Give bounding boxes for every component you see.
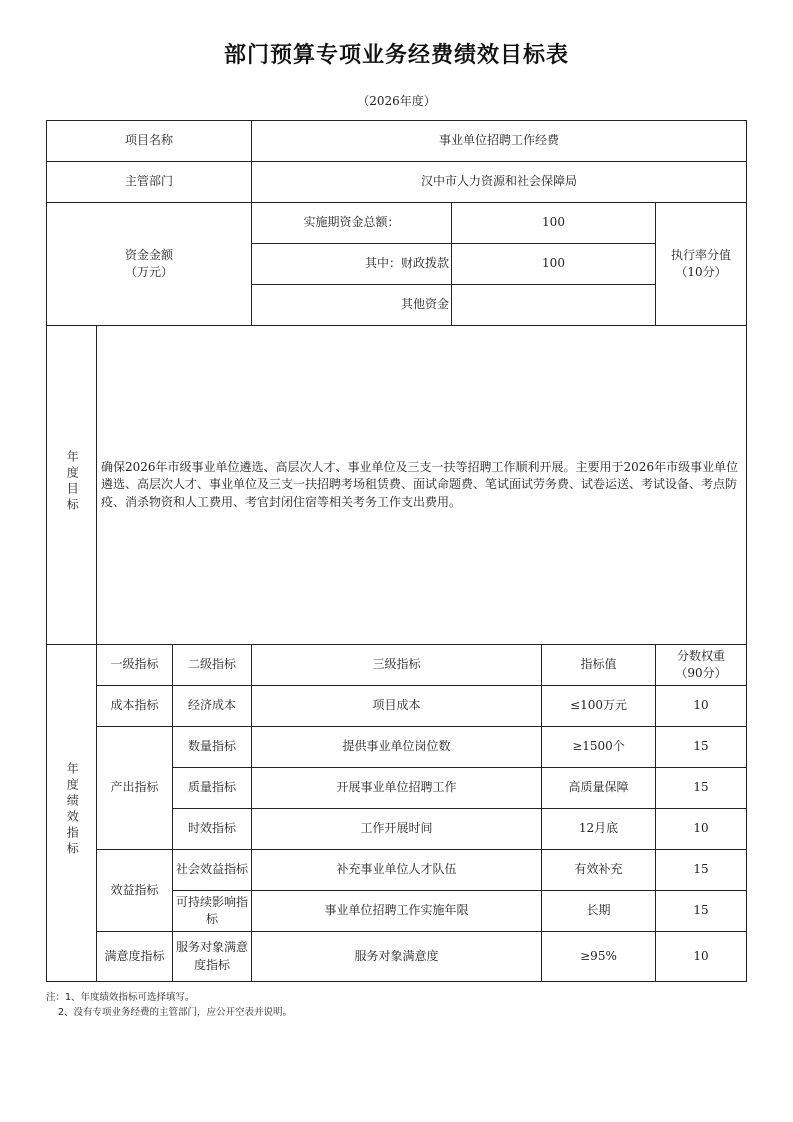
table-row: 成本指标 经济成本 项目成本 ≤100万元 10 — [47, 686, 747, 727]
level2-cell: 质量指标 — [173, 768, 252, 809]
table-row: 效益指标 社会效益指标 补充事业单位人才队伍 有效补充 15 — [47, 850, 747, 891]
table-row: 产出指标 数量指标 提供事业单位岗位数 ≥1500个 15 — [47, 727, 747, 768]
header-level1: 一级指标 — [97, 645, 173, 686]
value-cell: 有效补充 — [542, 850, 656, 891]
fiscal-year: （2026年度） — [0, 92, 793, 109]
weight-cell: 15 — [656, 850, 747, 891]
execution-rate-label: 执行率分值 （10分） — [656, 203, 747, 326]
project-name-label: 项目名称 — [47, 121, 252, 162]
level2-cell: 时效指标 — [173, 809, 252, 850]
funds-label: 资金金额 （万元） — [47, 203, 252, 326]
weight-cell: 15 — [656, 891, 747, 932]
value-cell: 高质量保障 — [542, 768, 656, 809]
weight-cell: 10 — [656, 686, 747, 727]
level2-cell: 可持续影响指标 — [173, 891, 252, 932]
value-cell: ≤100万元 — [542, 686, 656, 727]
execution-rate-line1: 执行率分值 — [658, 247, 744, 264]
level1-cell: 成本指标 — [97, 686, 173, 727]
weight-cell: 15 — [656, 768, 747, 809]
department-value: 汉中市人力资源和社会保障局 — [252, 162, 747, 203]
value-cell: 长期 — [542, 891, 656, 932]
annual-goal-label-text: 年度目标 — [63, 450, 80, 514]
annual-goal-text: 确保2026年市级事业单位遴选、高层次人才、事业单位及三支一扶等招聘工作顺利开展… — [97, 326, 747, 645]
total-funds-value: 100 — [452, 203, 656, 244]
execution-rate-line2: （10分） — [658, 264, 744, 281]
total-funds-label: 实施期资金总额： — [252, 203, 452, 244]
weight-cell: 10 — [656, 809, 747, 850]
level2-cell: 数量指标 — [173, 727, 252, 768]
indicators-section-label: 年度绩效指标 — [47, 645, 97, 982]
level2-cell: 服务对象满意度指标 — [173, 932, 252, 982]
level1-cell: 产出指标 — [97, 727, 173, 850]
level3-cell: 项目成本 — [252, 686, 542, 727]
weight-cell: 10 — [656, 932, 747, 982]
indicators-section-text: 年度绩效指标 — [63, 762, 80, 858]
fiscal-funds-value: 100 — [452, 244, 656, 285]
level1-cell: 效益指标 — [97, 850, 173, 932]
header-level3: 三级指标 — [252, 645, 542, 686]
level3-cell: 事业单位招聘工作实施年限 — [252, 891, 542, 932]
department-label: 主管部门 — [47, 162, 252, 203]
weight-cell: 15 — [656, 727, 747, 768]
level3-cell: 提供事业单位岗位数 — [252, 727, 542, 768]
footnote-1: 注：1、年度绩效指标可选择填写。 — [46, 990, 292, 1005]
level3-cell: 工作开展时间 — [252, 809, 542, 850]
funds-label-line2: （万元） — [49, 264, 249, 281]
header-weight: 分数权重 （90分） — [656, 645, 747, 686]
level2-cell: 社会效益指标 — [173, 850, 252, 891]
header-level2: 二级指标 — [173, 645, 252, 686]
header-weight-line2: （90分） — [658, 665, 744, 682]
header-value: 指标值 — [542, 645, 656, 686]
value-cell: ≥95% — [542, 932, 656, 982]
value-cell: ≥1500个 — [542, 727, 656, 768]
funds-label-line1: 资金金额 — [49, 247, 249, 264]
level2-cell: 经济成本 — [173, 686, 252, 727]
table-row: 满意度指标 服务对象满意度指标 服务对象满意度 ≥95% 10 — [47, 932, 747, 982]
value-cell: 12月底 — [542, 809, 656, 850]
level3-cell: 服务对象满意度 — [252, 932, 542, 982]
footnotes: 注：1、年度绩效指标可选择填写。 2、没有专项业务经费的主管部门，应公开空表并说… — [46, 990, 292, 1020]
level3-cell: 开展事业单位招聘工作 — [252, 768, 542, 809]
header-weight-line1: 分数权重 — [658, 648, 744, 665]
level3-cell: 补充事业单位人才队伍 — [252, 850, 542, 891]
annual-goal-label: 年度目标 — [47, 326, 97, 645]
project-name-value: 事业单位招聘工作经费 — [252, 121, 747, 162]
other-funds-label: 其他资金 — [252, 285, 452, 326]
performance-target-table: 项目名称 事业单位招聘工作经费 主管部门 汉中市人力资源和社会保障局 资金金额 … — [46, 120, 747, 982]
page-title: 部门预算专项业务经费绩效目标表 — [0, 38, 793, 69]
fiscal-funds-label: 其中：财政拨款 — [252, 244, 452, 285]
footnote-2: 2、没有专项业务经费的主管部门，应公开空表并说明。 — [46, 1005, 292, 1020]
other-funds-value — [452, 285, 656, 326]
level1-cell: 满意度指标 — [97, 932, 173, 982]
